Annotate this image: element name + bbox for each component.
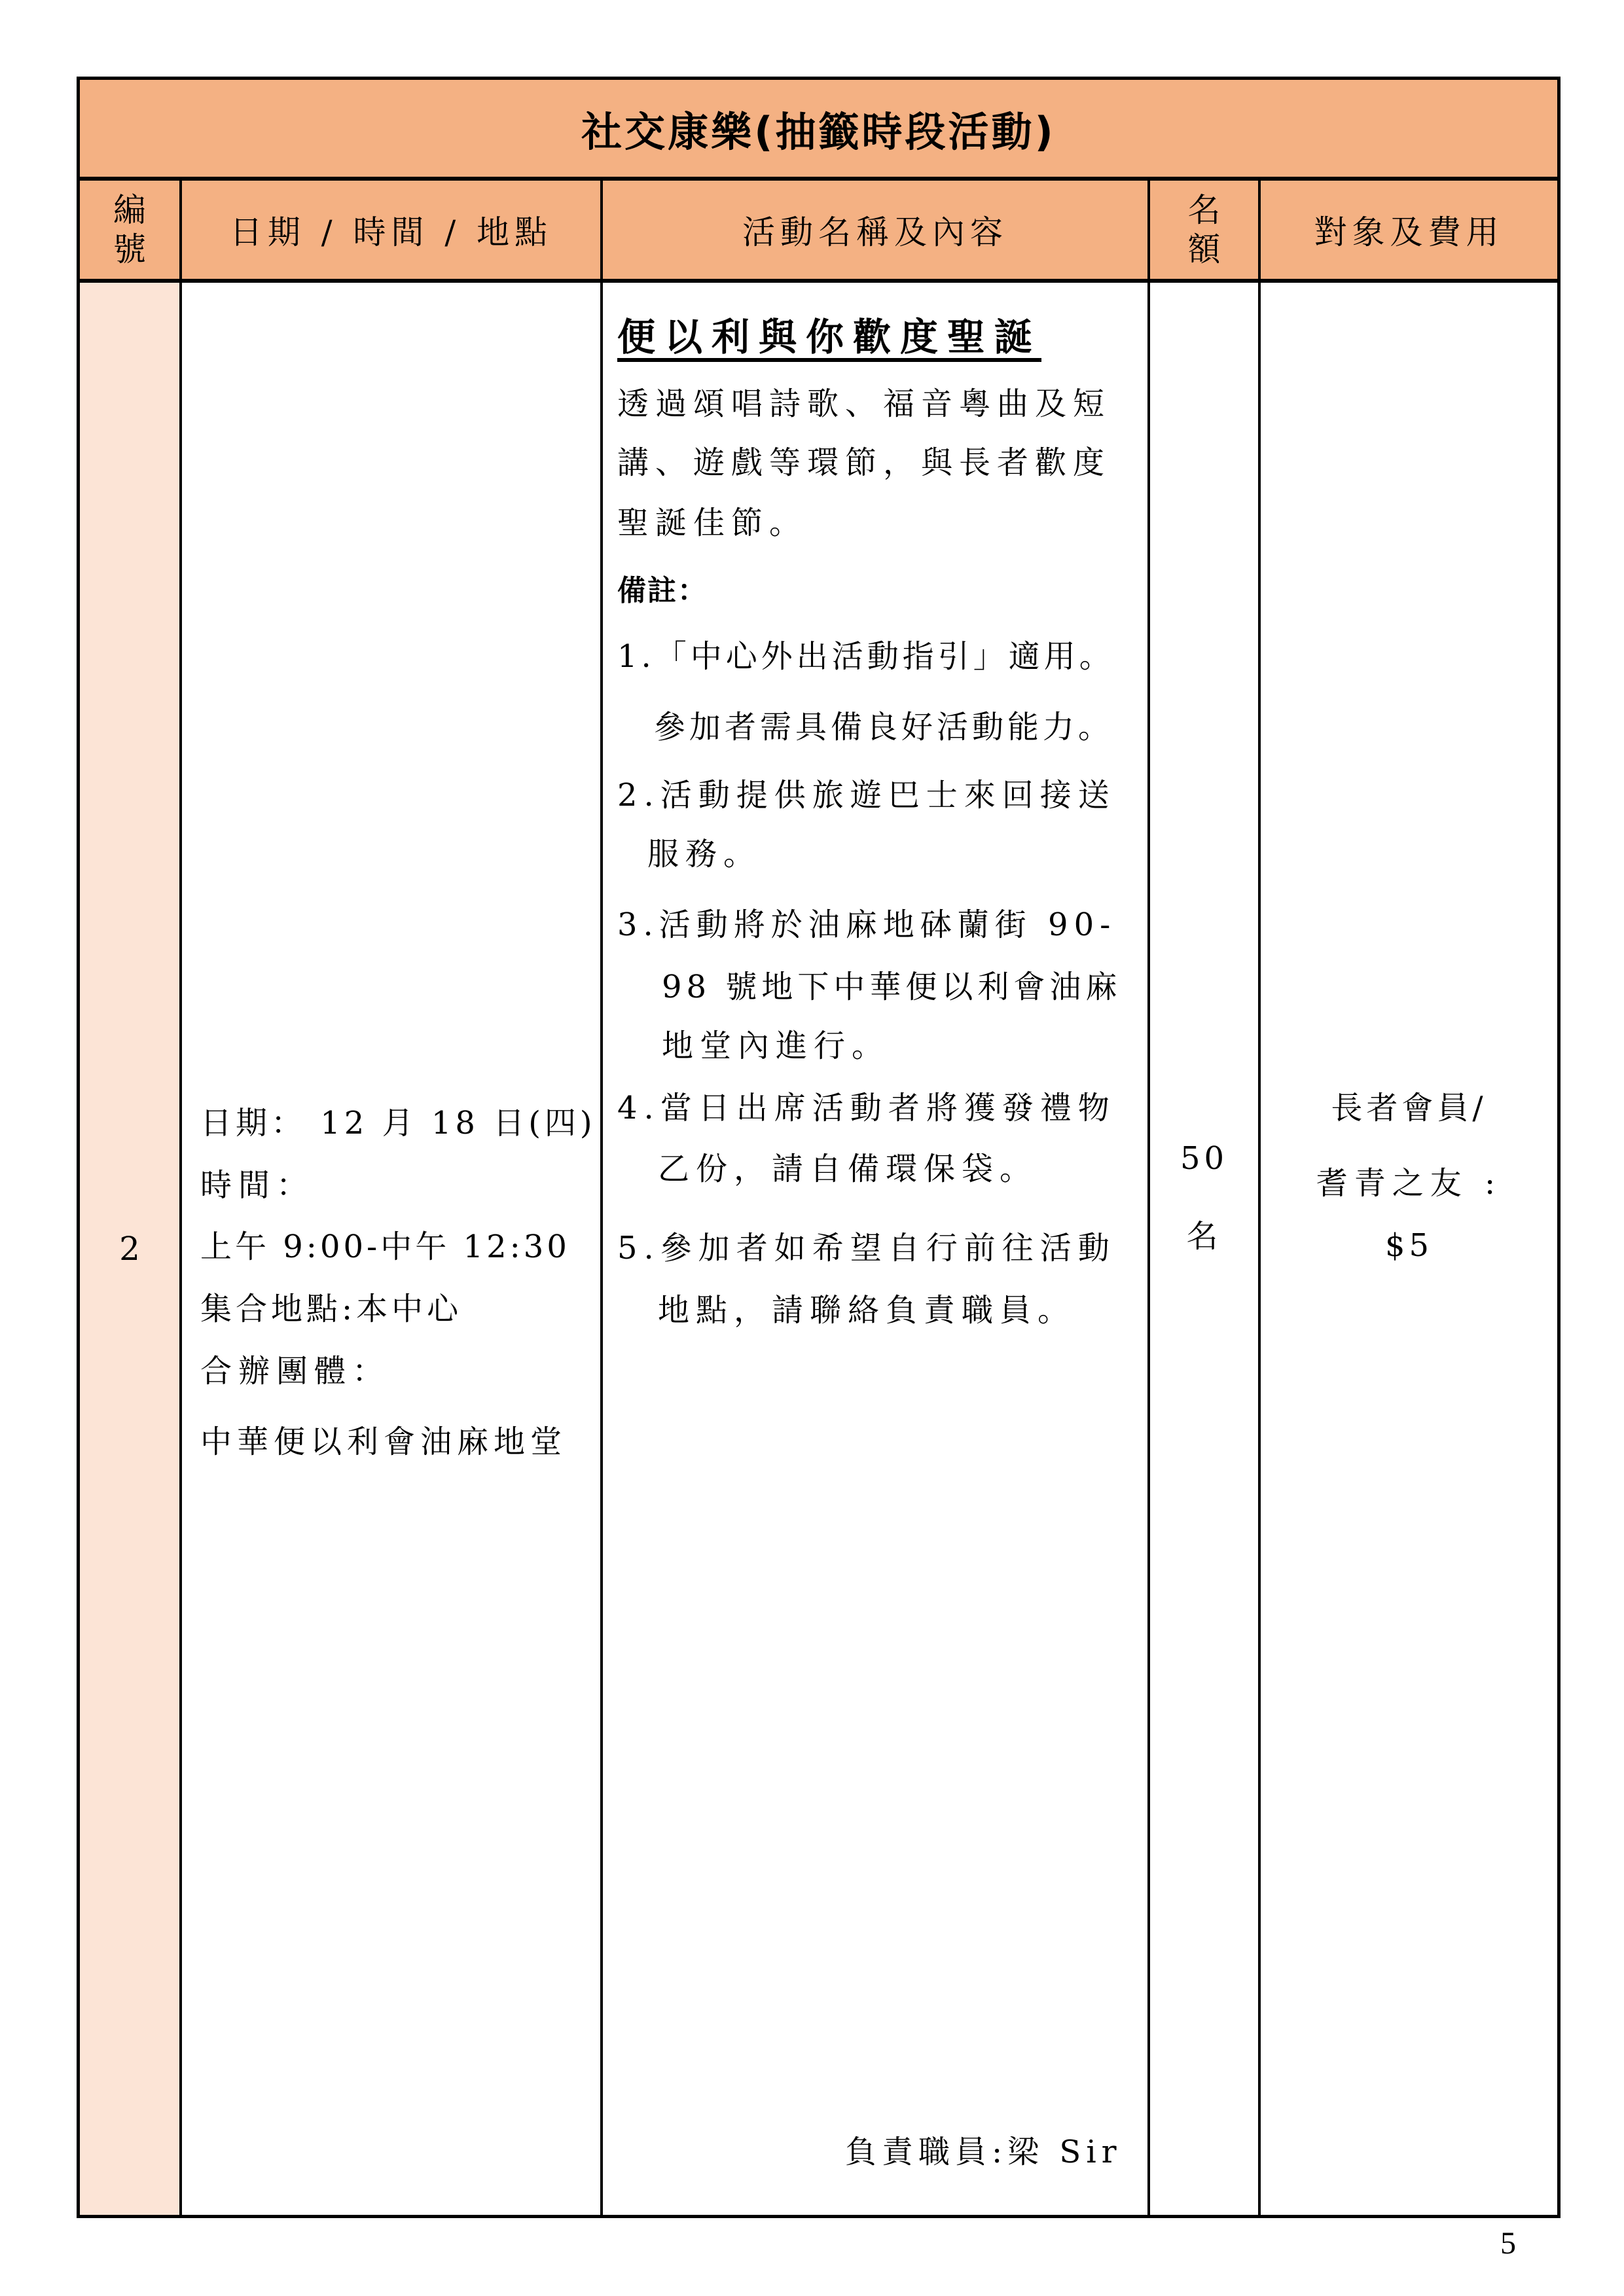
note-line: 5.參加者如希望自行前往活動 bbox=[617, 1223, 1116, 1268]
note-line: 3.活動將於油麻地砵蘭街 90- bbox=[617, 899, 1116, 944]
page-number: 5 bbox=[1500, 2225, 1516, 2261]
activity-cell: 便以利與你歡度聖誕 透過頌唱詩歌、福音粵曲及短 講、遊戲等環節，與長者歡度 聖誕… bbox=[600, 283, 1147, 2215]
note-line: 參加者需具備良好活動能力。 bbox=[654, 702, 1113, 747]
quota-unit: 名 bbox=[1150, 1211, 1258, 1256]
notes-label: 備註： bbox=[617, 567, 708, 609]
activity-name: 便以利與你歡度聖誕 bbox=[617, 306, 1041, 361]
header-quota: 名 額 bbox=[1147, 181, 1258, 279]
description-line: 透過頌唱詩歌、福音粵曲及短 bbox=[617, 378, 1111, 423]
row-number-cell: 2 bbox=[80, 283, 179, 2215]
document-page: 社交康樂(抽籤時段活動) 編 號 日期 / 時間 / 地點 活動名稱及內容 名 … bbox=[0, 0, 1624, 2296]
note-line: 4.當日出席活動者將獲發禮物 bbox=[617, 1083, 1116, 1128]
table-row: 2 日期： 12 月 18 日(四) 時間： 上午 9:00-中午 12:30 … bbox=[80, 283, 1557, 2215]
co-organizer-text: 中華便以利會油麻地堂 bbox=[200, 1416, 567, 1462]
note-line: 2.活動提供旅遊巴士來回接送 bbox=[617, 770, 1116, 815]
quota-cell: 50 名 bbox=[1147, 283, 1258, 2215]
note-line: 地點，請聯絡負責職員。 bbox=[658, 1285, 1075, 1330]
fee-amount: $5 bbox=[1261, 1227, 1557, 1264]
datetime-cell: 日期： 12 月 18 日(四) 時間： 上午 9:00-中午 12:30 集合… bbox=[179, 283, 600, 2215]
header-target-fee-label: 對象及費用 bbox=[1314, 206, 1504, 253]
table-title: 社交康樂(抽籤時段活動) bbox=[581, 99, 1056, 158]
quota-number: 50 bbox=[1150, 1140, 1258, 1177]
header-datetime-location: 日期 / 時間 / 地點 bbox=[179, 181, 600, 279]
header-row: 編 號 日期 / 時間 / 地點 活動名稱及內容 名 額 對象及費用 bbox=[80, 181, 1557, 283]
date-text: 日期： 12 月 18 日(四) bbox=[200, 1098, 596, 1143]
header-number-char-2: 號 bbox=[113, 230, 146, 269]
time-text: 上午 9:00-中午 12:30 bbox=[200, 1221, 570, 1266]
header-number: 編 號 bbox=[80, 181, 179, 279]
table-title-band: 社交康樂(抽籤時段活動) bbox=[80, 80, 1557, 181]
header-activity-label: 活動名稱及內容 bbox=[742, 206, 1008, 253]
note-line: 乙份，請自備環保袋。 bbox=[658, 1143, 1038, 1189]
header-datetime-location-label: 日期 / 時間 / 地點 bbox=[230, 206, 552, 253]
description-line: 聖誕佳節。 bbox=[617, 497, 807, 543]
note-line: 服務。 bbox=[647, 829, 761, 874]
row-number: 2 bbox=[119, 1230, 140, 1268]
staff-in-charge: 負責職員:梁 Sir bbox=[845, 2126, 1122, 2172]
activity-table: 社交康樂(抽籤時段活動) 編 號 日期 / 時間 / 地點 活動名稱及內容 名 … bbox=[77, 77, 1561, 2218]
header-activity: 活動名稱及內容 bbox=[600, 181, 1147, 279]
note-line: 1.「中心外出活動指引」適用。 bbox=[617, 631, 1115, 676]
header-quota-char-2: 額 bbox=[1188, 230, 1221, 269]
meeting-point-text: 集合地點:本中心 bbox=[200, 1283, 462, 1329]
header-target-fee: 對象及費用 bbox=[1258, 181, 1557, 279]
header-number-char-1: 編 bbox=[113, 190, 146, 230]
description-line: 講、遊戲等環節，與長者歡度 bbox=[617, 437, 1111, 482]
co-organizer-label: 合辦團體： bbox=[200, 1346, 390, 1391]
target-fee-cell: 長者會員/ 耆青之友 : $5 bbox=[1258, 283, 1557, 2215]
header-quota-char-1: 名 bbox=[1188, 190, 1221, 230]
note-line: 98 號地下中華便以利會油麻 bbox=[662, 961, 1121, 1007]
note-line: 地堂內進行。 bbox=[662, 1020, 890, 1066]
time-label: 時間： bbox=[200, 1160, 314, 1205]
target-line: 長者會員/ bbox=[1261, 1083, 1557, 1128]
target-line: 耆青之友 : bbox=[1261, 1158, 1557, 1203]
